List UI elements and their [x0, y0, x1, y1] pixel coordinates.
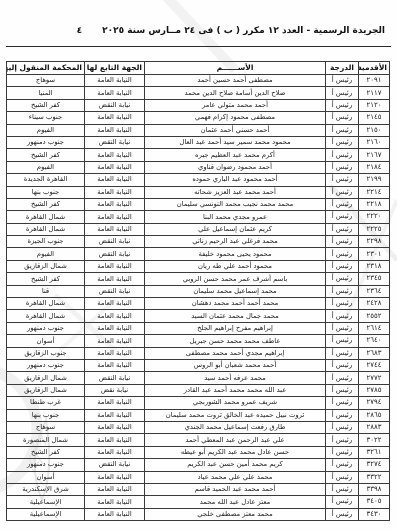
- table-row: ٢٧٧٢ رئيس أ محمد عرفه أحمد سيد نيابة الن…: [7, 372, 390, 384]
- cell-seniority: ٢٦١٤: [359, 322, 390, 334]
- cell-name: معتز عادل عبد الله محمد: [145, 496, 326, 508]
- table-row: ٣٠٢٢ رئيس أ علي عبد الرحمن عبد المعطي أح…: [7, 434, 390, 446]
- cell-court: الفيوم: [7, 161, 85, 173]
- cell-entity: النيابة العامة: [85, 434, 145, 446]
- table-row: ٢٢١٤ رئيس أ أحمد محمد عبد العزيز شحاته ا…: [7, 186, 390, 198]
- cell-name: محمد فرغلي عبد الرحيم زناتي: [145, 236, 326, 248]
- cell-name: مصطفى محمود إكرام فهمي: [145, 112, 326, 124]
- cell-grade: رئيس أ: [326, 149, 359, 161]
- cell-entity: النيابة العامة: [85, 260, 145, 272]
- table-row: ٢٣١٨ رئيس أ محمود أحمد علي طه ريان النيا…: [7, 260, 390, 272]
- cell-entity: نيابة النقض: [85, 248, 145, 260]
- table-header-row: الأقدمية الدرجة الأســــــم الجهة التابع…: [7, 62, 390, 75]
- cell-entity: النيابة العامة: [85, 310, 145, 322]
- cell-entity: النيابة العامة: [85, 359, 145, 371]
- cell-seniority: ٢٣١٨: [359, 260, 390, 272]
- cell-court: الفيوم: [7, 248, 85, 260]
- cell-name: عبد الله محمد محمد أحمد عبد القادر: [145, 384, 326, 396]
- cell-entity: نيابة النقض: [85, 372, 145, 384]
- cell-grade: رئيس أ: [326, 124, 359, 136]
- cell-seniority: ٢٧٤٤: [359, 359, 390, 371]
- table-row: ٢٧٤٤ رئيس أ أحمد محمد شعبان أبو الروس ال…: [7, 359, 390, 371]
- cell-grade: رئيس أ: [326, 483, 359, 495]
- cell-name: محمد جمال محمد عثمان السيد: [145, 310, 326, 322]
- cell-seniority: ٢٣٦٤: [359, 285, 390, 297]
- cell-entity: النيابة العامة: [85, 149, 145, 161]
- cell-entity: النيابة العامة: [85, 347, 145, 359]
- cell-name: أحمد محمود رضوان قناوي: [145, 161, 326, 173]
- cell-seniority: ٢٢١٨: [359, 198, 390, 210]
- cell-court: كفر الشيخ: [7, 99, 85, 111]
- cell-entity: النيابة العامة: [85, 198, 145, 210]
- cell-seniority: ٢٦٤٠: [359, 335, 390, 347]
- cell-grade: رئيس أ: [326, 421, 359, 433]
- cell-seniority: ٢٤٢٨: [359, 298, 390, 310]
- table-row: ٢٦١٤ رئيس أ إبراهيم مفرح إبراهيم الجلخ ا…: [7, 322, 390, 334]
- table-row: ٢١٦٠ رئيس أ محمود محمد سمير سيد أحمد عبد…: [7, 136, 390, 148]
- cell-name: محمد معتز مصطفى خلجي: [145, 508, 326, 520]
- cell-seniority: ٢٠٩١: [359, 75, 390, 87]
- table-row: ٢٦٨٣ رئيس أ إبراهيم مجدي أحمد محمد مصطفى…: [7, 347, 390, 359]
- cell-court: كفر الشيخ: [7, 149, 85, 161]
- cell-court: جنوب دمنهور: [7, 322, 85, 334]
- cell-name: محمود يحيى محمود خليفة: [145, 248, 326, 260]
- table-row: ٢٢٩٨ رئيس أ محمد فرغلي عبد الرحيم زناتي …: [7, 236, 390, 248]
- cell-seniority: ٢١٨٤: [359, 161, 390, 173]
- cell-court: جنوب الزقازيق: [7, 347, 85, 359]
- cell-grade: رئيس أ: [326, 174, 359, 186]
- cell-seniority: ٣٤٠٥: [359, 496, 390, 508]
- cell-name: أحمد محمد شعبان أبو الروس: [145, 359, 326, 371]
- cell-entity: النيابة العامة: [85, 421, 145, 433]
- cell-seniority: ٣٣٢٢: [359, 471, 390, 483]
- cell-seniority: ٢١٦٠: [359, 136, 390, 148]
- header-court: المحكمة المنقول إليها: [7, 62, 85, 75]
- cell-seniority: ٢١٩٩: [359, 174, 390, 186]
- cell-seniority: ٣٢٦١: [359, 446, 390, 458]
- cell-seniority: ٢٣٤٥: [359, 273, 390, 285]
- cell-name: أحمد محمد متولي عامر: [145, 99, 326, 111]
- cell-court: شمال الزقازيق: [7, 384, 85, 396]
- cell-name: باسم أشرف عمر محمد حسن الروبي: [145, 273, 326, 285]
- cell-grade: رئيس أ: [326, 298, 359, 310]
- cell-name: إبراهيم مجدي أحمد محمد مصطفى: [145, 347, 326, 359]
- table-row: ٢٣٠١ رئيس أ محمود يحيى محمود خليفة نيابة…: [7, 248, 390, 260]
- cell-court: جنوب دمنهور: [7, 136, 85, 148]
- cell-seniority: ٣٤٣٠: [359, 508, 390, 520]
- cell-grade: رئيس أ: [326, 236, 359, 248]
- cell-grade: رئيس أ: [326, 273, 359, 285]
- cell-entity: النيابة العامة: [85, 409, 145, 421]
- header-rule: [6, 46, 391, 47]
- cell-grade: رئيس أ: [326, 322, 359, 334]
- cell-seniority: ٢١٤٥: [359, 112, 390, 124]
- cell-court: أسوان: [7, 471, 85, 483]
- cell-grade: رئيس أ: [326, 87, 359, 99]
- cell-entity: النيابة العامة: [85, 471, 145, 483]
- cell-grade: رئيس أ: [326, 310, 359, 322]
- header-grade: الدرجة: [326, 62, 359, 75]
- table-row: ٢٢٢٠ رئيس أ عمرو مجدي محمد البنا النيابة…: [7, 211, 390, 223]
- cell-grade: رئيس أ: [326, 446, 359, 458]
- cell-seniority: ٢٧٧٢: [359, 372, 390, 384]
- cell-seniority: ٢٢٩٨: [359, 236, 390, 248]
- cell-name: محمد علي علي محمد عياد: [145, 471, 326, 483]
- table-row: ٣٣٢٢ رئيس أ محمد علي علي محمد عياد النيا…: [7, 471, 390, 483]
- cell-court: كفر الشيخ: [7, 273, 85, 285]
- gazette-page: الجريدة الرسمية - العدد ١٢ مكرر ( ب ) فى…: [0, 0, 397, 530]
- cell-seniority: ٢٢٢٥: [359, 223, 390, 235]
- cell-grade: رئيس أ: [326, 434, 359, 446]
- table-row: ٢١١٧ رئيس أ صلاح الدين أسامة صلاح الدين …: [7, 87, 390, 99]
- cell-name: صلاح الدين أسامة صلاح الدين محمد: [145, 87, 326, 99]
- cell-court: الإسماعيلية: [7, 496, 85, 508]
- cell-grade: رئيس أ: [326, 248, 359, 260]
- cell-entity: النيابة العامة: [85, 273, 145, 285]
- cell-seniority: ٢٦٨٣: [359, 347, 390, 359]
- cell-grade: رئيس أ: [326, 136, 359, 148]
- cell-court: غرب طنطا: [7, 397, 85, 409]
- cell-name: شريف عمرو محمد الشوربجي: [145, 397, 326, 409]
- table-row: ٢٠٩١ رئيس أ مصطفى أحمد حسين أحمد النيابة…: [7, 75, 390, 87]
- table-row: ٢١٨٤ رئيس أ أحمد محمود رضوان قناوي النيا…: [7, 161, 390, 173]
- cell-seniority: ٢١٦٧: [359, 149, 390, 161]
- table-row: ٣٢٧٤ رئيس أ كريم محمد أمين حسن عبد الكري…: [7, 459, 390, 471]
- cell-entity: النيابة العامة: [85, 112, 145, 124]
- cell-court: جنوب بنها: [7, 186, 85, 198]
- cell-entity: النيابة العامة: [85, 335, 145, 347]
- cell-court: شمال الزقازيق: [7, 260, 85, 272]
- cell-court: شمال المنصورة: [7, 434, 85, 446]
- gazette-title: الجريدة الرسمية - العدد ١٢ مكرر ( ب ) فى…: [102, 26, 385, 36]
- cell-name: أحمد محمود عبد الباري حموده: [145, 174, 326, 186]
- cell-grade: رئيس أ: [326, 409, 359, 421]
- cell-court: كفر الشيخ: [7, 446, 85, 458]
- cell-name: محمد أحمد أحمد محمد دهشان: [145, 298, 326, 310]
- table-row: ٢٣٦٤ رئيس أ محمد إسماعيل محمد سليمان نيا…: [7, 285, 390, 297]
- cell-grade: رئيس أ: [326, 335, 359, 347]
- cell-name: أحمد حسني أحمد عثمان: [145, 124, 326, 136]
- cell-court: جنوب الجيزة: [7, 236, 85, 248]
- table-row: ٢٦٤٠ رئيس أ عاطف محمد محمد حسن جبريل الن…: [7, 335, 390, 347]
- page-number: ٤: [77, 26, 83, 36]
- cell-entity: النيابة العامة: [85, 446, 145, 458]
- cell-entity: النيابة العامة: [85, 87, 145, 99]
- cell-grade: رئيس أ: [326, 372, 359, 384]
- table-row: ٢٧٨٥ رئيس أ عبد الله محمد محمد أحمد عبد …: [7, 384, 390, 396]
- cell-name: علي عبد الرحمن عبد المعطي أحمد: [145, 434, 326, 446]
- cell-seniority: ٢٨٦٥: [359, 409, 390, 421]
- cell-entity: النيابة العامة: [85, 223, 145, 235]
- cell-entity: نيابة نقض: [85, 384, 145, 396]
- header-seniority: الأقدمية: [359, 62, 390, 75]
- table-row: ٢٢١٨ رئيس أ محمد محمد نجيب محمد التونسي …: [7, 198, 390, 210]
- cell-grade: رئيس أ: [326, 161, 359, 173]
- cell-grade: رئيس أ: [326, 397, 359, 409]
- cell-name: محمود أحمد علي طه ريان: [145, 260, 326, 272]
- cell-court: جنوب بنها: [7, 409, 85, 421]
- cell-seniority: ٢٧٩٤: [359, 397, 390, 409]
- cell-entity: نيابة النقض: [85, 285, 145, 297]
- cell-court: الفيوم: [7, 124, 85, 136]
- cell-entity: النيابة العامة: [85, 75, 145, 87]
- cell-court: شمال القاهرة: [7, 223, 85, 235]
- cell-name: أحمد محمد عبد الحميد قاسم: [145, 483, 326, 495]
- table-row: ٢١٩٩ رئيس أ أحمد محمود عبد الباري حموده …: [7, 174, 390, 186]
- cell-seniority: ٢١٥٠: [359, 124, 390, 136]
- cell-grade: رئيس أ: [326, 112, 359, 124]
- table-body: ٢٠٩١ رئيس أ مصطفى أحمد حسين أحمد النيابة…: [7, 75, 390, 521]
- table-row: ٢٨٨٣ رئيس أ طارق رفعت إسماعيل محمد الجند…: [7, 421, 390, 433]
- cell-court: شمال الزقازيق: [7, 372, 85, 384]
- cell-seniority: ٢٢٢٠: [359, 211, 390, 223]
- cell-grade: رئيس أ: [326, 459, 359, 471]
- table-row: ٣٤٠٥ رئيس أ معتز عادل عبد الله محمد الني…: [7, 496, 390, 508]
- table-row: ٢٤٢٨ رئيس أ محمد أحمد أحمد محمد دهشان ال…: [7, 298, 390, 310]
- table-row: ٢٧٩٤ رئيس أ شريف عمرو محمد الشوربجي الني…: [7, 397, 390, 409]
- cell-entity: النيابة العامة: [85, 186, 145, 198]
- cell-grade: رئيس أ: [326, 186, 359, 198]
- cell-court: سوهاج: [7, 75, 85, 87]
- cell-seniority: ٢٣٠١: [359, 248, 390, 260]
- cell-court: شمال القاهرة: [7, 211, 85, 223]
- header-name: الأســــــم: [145, 62, 326, 75]
- cell-seniority: ٢١٢٠: [359, 99, 390, 111]
- cell-entity: النيابة العامة: [85, 496, 145, 508]
- cell-name: طارق رفعت إسماعيل محمد الجندي: [145, 421, 326, 433]
- cell-grade: رئيس أ: [326, 285, 359, 297]
- cell-name: مصطفى أحمد حسين أحمد: [145, 75, 326, 87]
- cell-grade: رئيس أ: [326, 471, 359, 483]
- cell-grade: رئيس أ: [326, 347, 359, 359]
- cell-court: القاهرة الجديدة: [7, 174, 85, 186]
- cell-seniority: ٣٣٩٨: [359, 483, 390, 495]
- cell-name: عمرو مجدي محمد البنا: [145, 211, 326, 223]
- cell-court: شرق الإسكندرية: [7, 483, 85, 495]
- cell-seniority: ٣٠٢٢: [359, 434, 390, 446]
- cell-seniority: ٢٨٨٣: [359, 421, 390, 433]
- cell-name: ثروت نبيل حميده عبد الخالق ثروت محمد سلي…: [145, 409, 326, 421]
- cell-grade: رئيس أ: [326, 496, 359, 508]
- cell-court: قنا: [7, 285, 85, 297]
- table-row: ٢٨٦٥ رئيس أ ثروت نبيل حميده عبد الخالق ث…: [7, 409, 390, 421]
- cell-entity: النيابة العامة: [85, 298, 145, 310]
- cell-entity: النيابة العامة: [85, 397, 145, 409]
- cell-seniority: ٢٥٥٢: [359, 310, 390, 322]
- cell-court: الإسماعيلية: [7, 508, 85, 520]
- cell-grade: رئيس أ: [326, 99, 359, 111]
- cell-grade: رئيس أ: [326, 359, 359, 371]
- cell-seniority: ٢٢١٤: [359, 186, 390, 198]
- cell-grade: رئيس أ: [326, 75, 359, 87]
- cell-seniority: ٣٢٧٤: [359, 459, 390, 471]
- header-entity: الجهة التابع لها: [85, 62, 145, 75]
- cell-entity: النيابة العامة: [85, 508, 145, 520]
- cell-name: أحمد محمد عبد العزيز شحاته: [145, 186, 326, 198]
- table-row: ٢٥٥٢ رئيس أ محمد جمال محمد عثمان السيد ا…: [7, 310, 390, 322]
- table-row: ٢١٢٠ رئيس أ أحمد محمد متولي عامر نيابة ا…: [7, 99, 390, 111]
- cell-name: محمد عرفه أحمد سيد: [145, 372, 326, 384]
- cell-court: شمال القاهرة: [7, 310, 85, 322]
- cell-court: شمال القاهرة: [7, 298, 85, 310]
- cell-name: إبراهيم مفرح إبراهيم الجلخ: [145, 322, 326, 334]
- cell-court: أسوان: [7, 335, 85, 347]
- cell-court: المنيا: [7, 87, 85, 99]
- cell-entity: نيابة النقض: [85, 99, 145, 111]
- cell-grade: رئيس أ: [326, 384, 359, 396]
- cell-entity: نيابة النقض: [85, 459, 145, 471]
- transfer-table: الأقدمية الدرجة الأســــــم الجهة التابع…: [6, 61, 390, 521]
- cell-entity: النيابة العامة: [85, 322, 145, 334]
- cell-entity: النيابة العامة: [85, 161, 145, 173]
- cell-name: أكرم محمد عبد العظيم جبره: [145, 149, 326, 161]
- cell-grade: رئيس أ: [326, 260, 359, 272]
- cell-court: جنوب دمنهور: [7, 459, 85, 471]
- table-row: ٣٣٩٨ رئيس أ أحمد محمد عبد الحميد قاسم ال…: [7, 483, 390, 495]
- cell-grade: رئيس أ: [326, 211, 359, 223]
- cell-seniority: ٢٧٨٥: [359, 384, 390, 396]
- table-row: ٣٤٣٠ رئيس أ محمد معتز مصطفى خلجي النيابة…: [7, 508, 390, 520]
- cell-grade: رئيس أ: [326, 223, 359, 235]
- cell-name: كريم محمد أمين حسن عبد الكريم: [145, 459, 326, 471]
- cell-name: محمد إسماعيل محمد سليمان: [145, 285, 326, 297]
- cell-entity: النيابة العامة: [85, 124, 145, 136]
- cell-name: حسن عادل محمد عبد الكريم أبو عيطه: [145, 446, 326, 458]
- table-row: ٢١٤٥ رئيس أ مصطفى محمود إكرام فهمي النيا…: [7, 112, 390, 124]
- cell-court: كفر الشيخ: [7, 198, 85, 210]
- cell-name: عاطف محمد محمد حسن جبريل: [145, 335, 326, 347]
- cell-court: جنوب سيناء: [7, 112, 85, 124]
- cell-grade: رئيس أ: [326, 508, 359, 520]
- cell-grade: رئيس أ: [326, 198, 359, 210]
- table-row: ٢١٥٠ رئيس أ أحمد حسني أحمد عثمان النيابة…: [7, 124, 390, 136]
- cell-name: محمود محمد سمير سيد أحمد عبد العال: [145, 136, 326, 148]
- table-row: ٣٢٦١ رئيس أ حسن عادل محمد عبد الكريم أبو…: [7, 446, 390, 458]
- cell-court: جنوب دمنهور: [7, 359, 85, 371]
- cell-name: محمد محمد نجيب محمد التونسي سليمان: [145, 198, 326, 210]
- table-row: ٢١٦٧ رئيس أ أكرم محمد عبد العظيم جبره ال…: [7, 149, 390, 161]
- cell-entity: النيابة العامة: [85, 174, 145, 186]
- cell-entity: نيابة النقض: [85, 136, 145, 148]
- cell-entity: نيابة النقض: [85, 236, 145, 248]
- masthead: الجريدة الرسمية - العدد ١٢ مكرر ( ب ) فى…: [77, 26, 385, 36]
- cell-entity: النيابة العامة: [85, 211, 145, 223]
- table-row: ٢٢٢٥ رئيس أ كريم عثمان إسماعيل علي النيا…: [7, 223, 390, 235]
- cell-entity: النيابة العامة: [85, 483, 145, 495]
- table-row: ٢٣٤٥ رئيس أ باسم أشرف عمر محمد حسن الروب…: [7, 273, 390, 285]
- cell-seniority: ٢١١٧: [359, 87, 390, 99]
- cell-court: سوهاج: [7, 421, 85, 433]
- cell-name: كريم عثمان إسماعيل علي: [145, 223, 326, 235]
